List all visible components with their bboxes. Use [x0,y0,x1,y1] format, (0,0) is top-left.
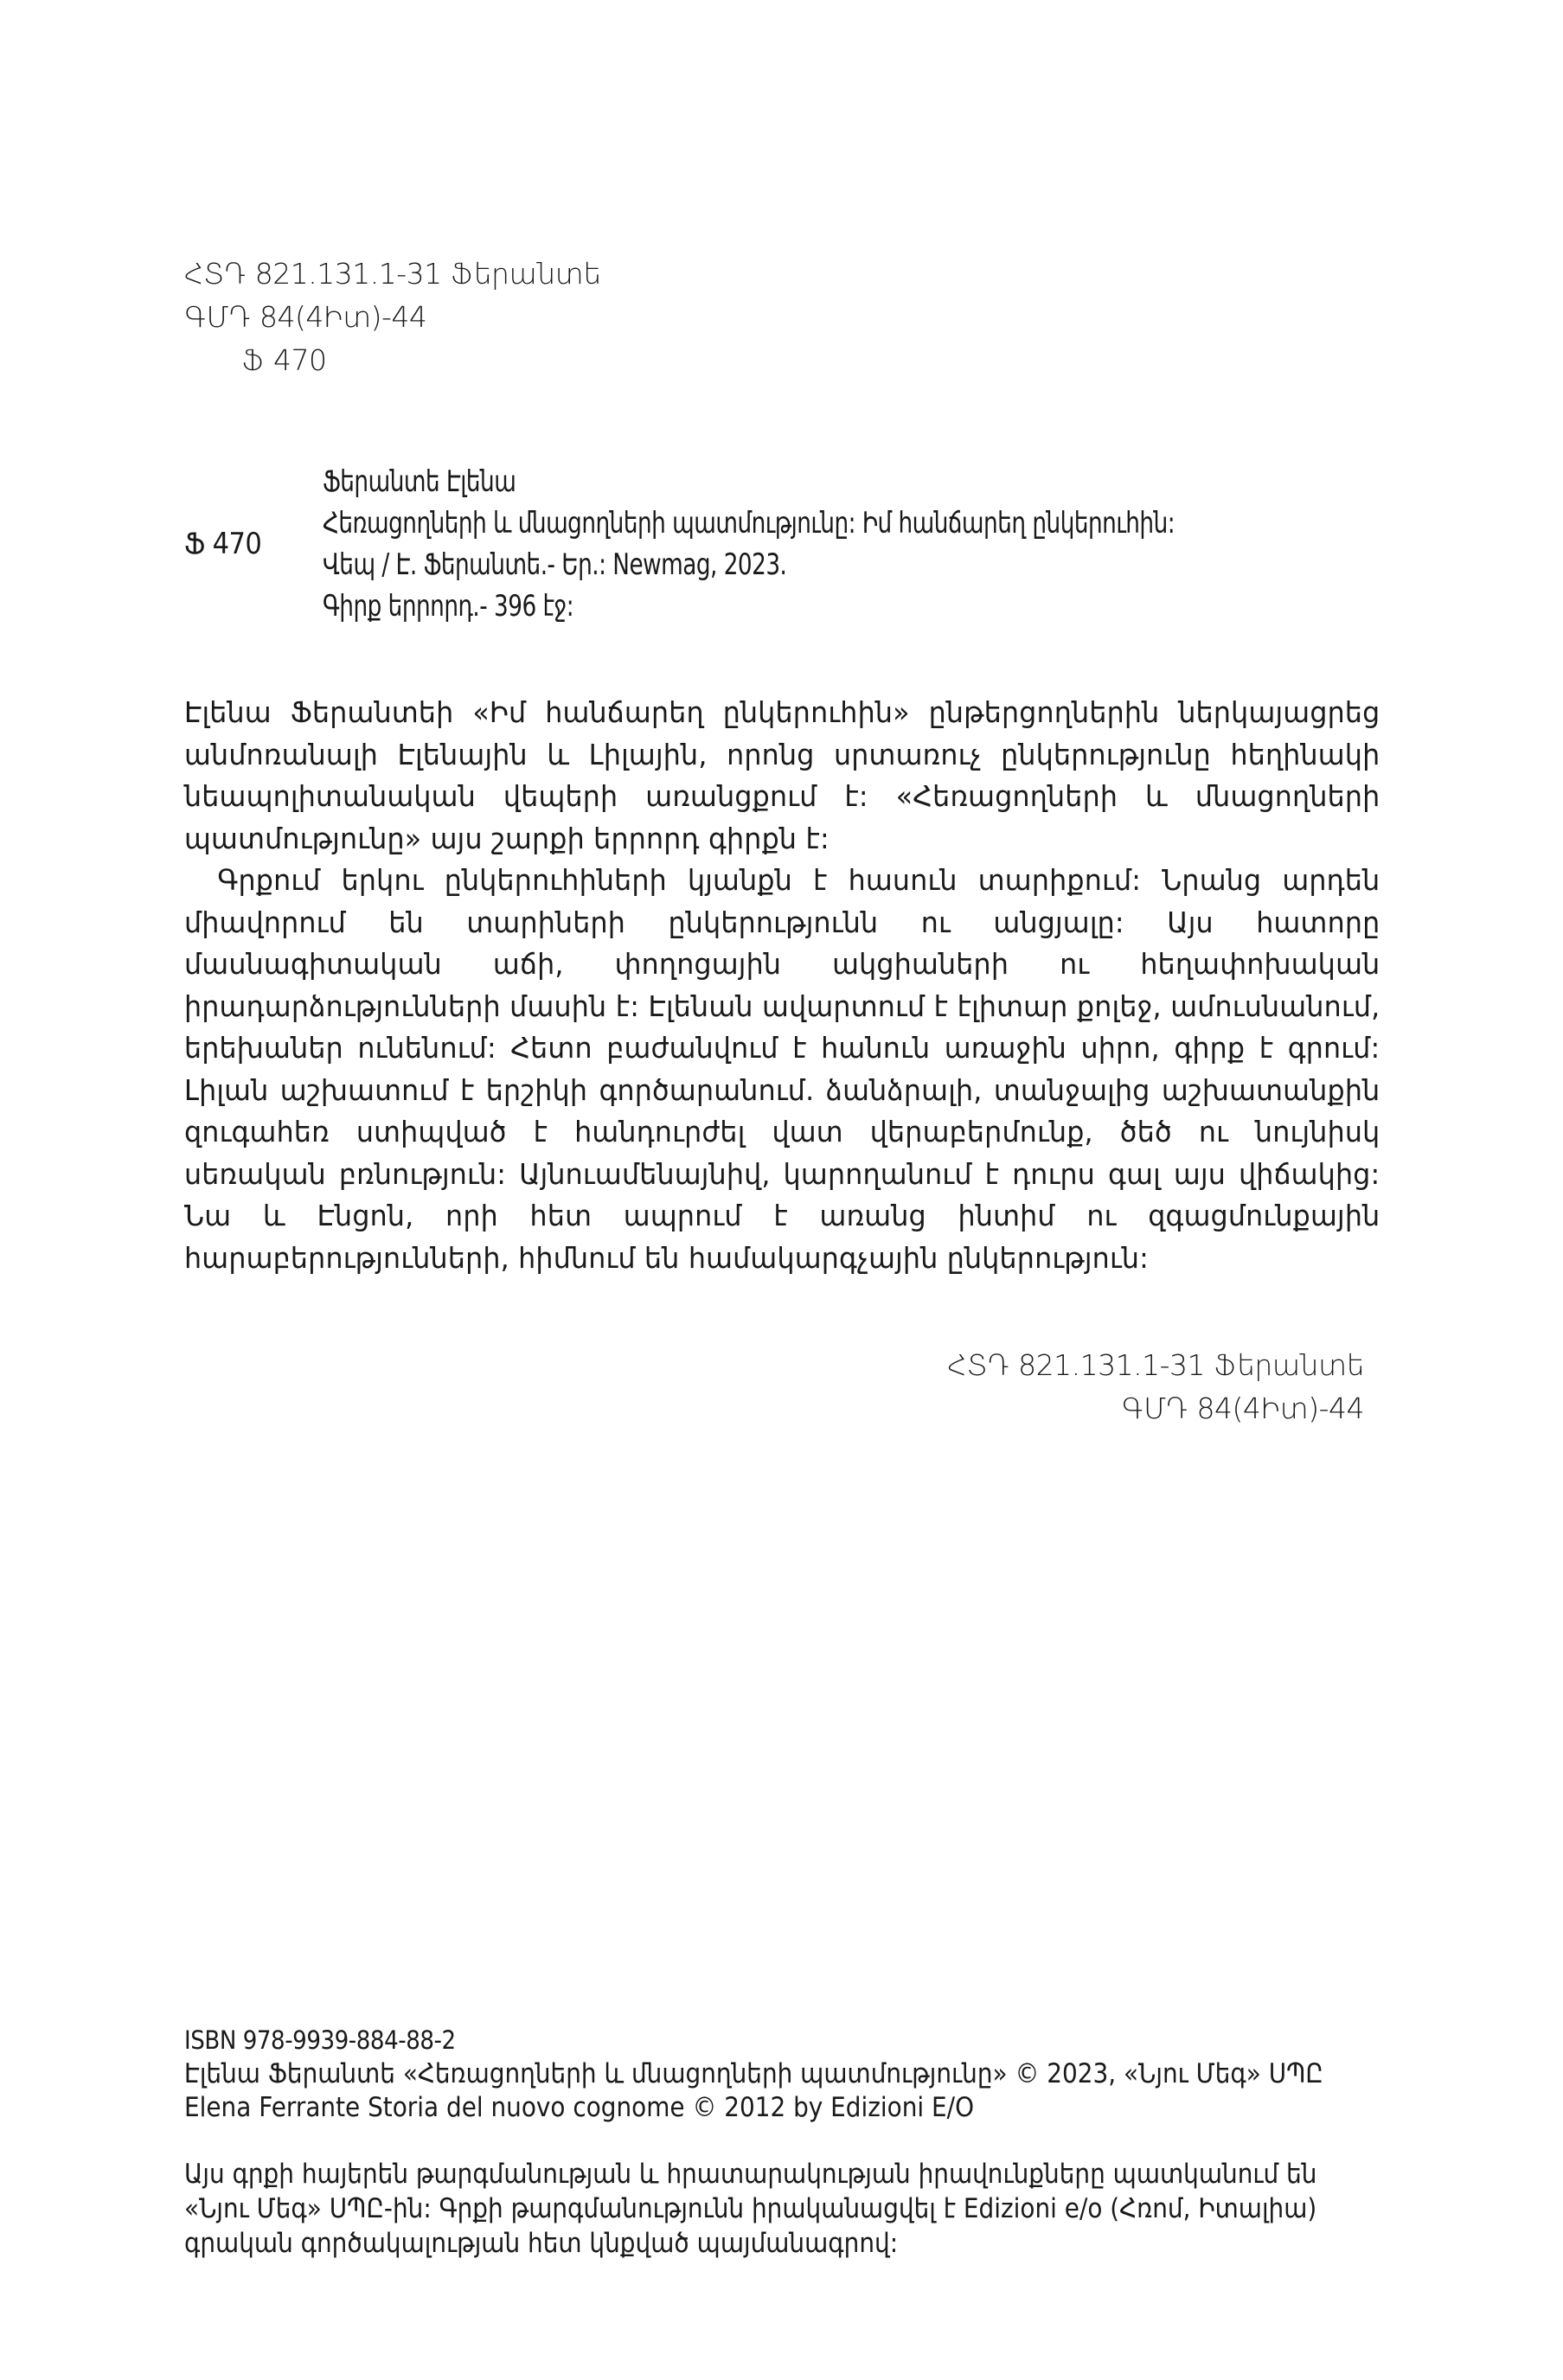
catalog-description: Ֆերանտե Էլենա Հեռացողների և մնացողների պ… [323,461,1412,627]
catalog-title: Հեռացողների և մնացողների պատմությունը: Ի… [323,502,1260,544]
original-copyright: Elena Ferrante Storia del nuovo cognome … [184,2091,1323,2125]
lbc-code: ԳՄԴ 84(4Իտ)-44 [947,1387,1364,1430]
isbn: ISBN 978-9939-884-88-2 [184,2024,1323,2057]
catalog-author: Ֆերանտե Էլենա [323,461,1260,502]
annotation-paragraph: Էլենա Ֆերանտեի «Իմ հանճարեղ ընկերուհին» … [184,692,1380,860]
classification-block-top: ՀՏԴ 821.131.1-31 Ֆերանտե ԳՄԴ 84(4Իտ)-44 … [184,253,601,382]
copyright-block: ISBN 978-9939-884-88-2 Էլենա Ֆերանտե «Հե… [184,2024,1450,2125]
rights-notice: Այս գրքի հայերեն թարգմանության և հրատարա… [184,2157,1443,2261]
book-imprint-page: ՀՏԴ 821.131.1-31 Ֆերանտե ԳՄԴ 84(4Իտ)-44 … [0,0,1563,2380]
rights-line: գրական գործակալության հետ կնքված պայմանա… [184,2226,1316,2261]
lbc-code: ԳՄԴ 84(4Իտ)-44 [184,296,601,339]
rights-line: Այս գրքի հայերեն թարգմանության և հրատարա… [184,2157,1316,2191]
classification-block-bottom: ՀՏԴ 821.131.1-31 Ֆերանտե ԳՄԴ 84(4Իտ)-44 [947,1344,1364,1430]
catalog-extent: Գիրք երրորդ.- 396 էջ: [323,585,1260,627]
translation-copyright: Էլենա Ֆերանտե «Հեռացողների և մնացողների … [184,2057,1323,2091]
rights-line: «Նյու Մեգ» ՍՊԸ-ին: Գրքի թարգմանությունն … [184,2191,1316,2226]
catalog-author-sign: Ֆ 470 [184,523,261,565]
annotation: Էլենա Ֆերանտեի «Իմ հանճարեղ ընկերուհին» … [184,692,1378,1279]
annotation-paragraph: Գրքում երկու ընկերուհիների կյանքն է հասո… [184,860,1380,1279]
udc-code: ՀՏԴ 821.131.1-31 Ֆերանտե [184,253,601,296]
catalog-publication: Վեպ / Է. Ֆերանտե.- Եր.: Newmag, 2023. [323,544,1260,585]
udc-code: ՀՏԴ 821.131.1-31 Ֆերանտե [947,1344,1364,1387]
author-sign: Ֆ 470 [184,339,601,382]
